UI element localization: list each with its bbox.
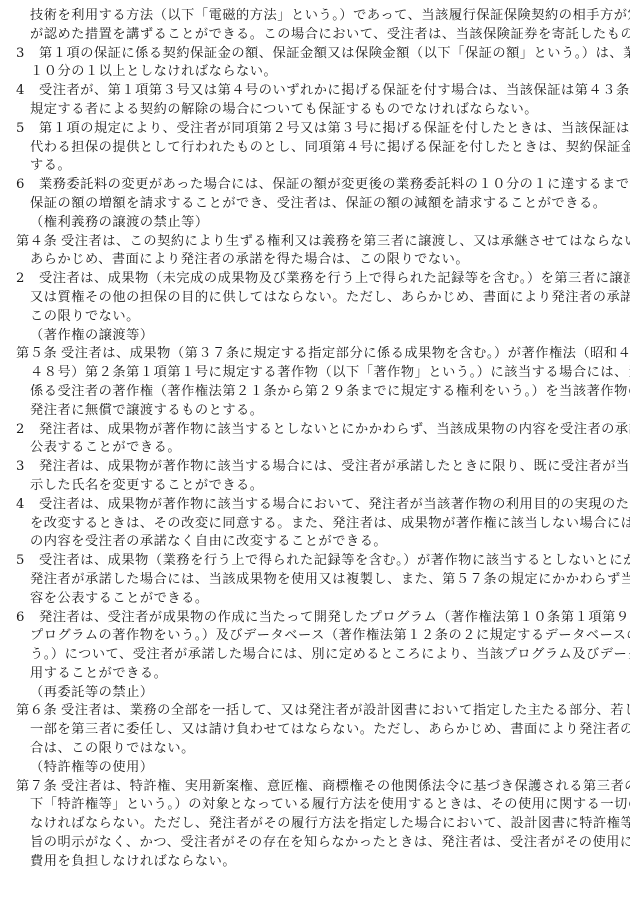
text-line: 一部を第三者に委任し、又は請け負わせてはならない。ただし、あらかじめ、書面により… — [0, 721, 630, 740]
text-line: 公表することができる。 — [0, 439, 630, 458]
article-number: 第６条 — [16, 702, 61, 721]
text-line: 規定する者による契約の解除の場合についても保証するものでなければならない。 — [0, 101, 630, 120]
item-text: 受注者が、第１項第３号又は第４号のいずれかに掲げる保証を付す場合は、当該保証は第… — [39, 83, 630, 98]
article-number: 第４条 — [16, 233, 61, 252]
article-heading: （権利義務の譲渡の禁止等） — [0, 214, 630, 233]
text-line: が認めた措置を講ずることができる。この場合において、受注者は、当該保険証券を寄託… — [0, 26, 630, 45]
text-line: 発注者に無償で譲渡するものとする。 — [0, 402, 630, 421]
item-number: 5 — [16, 120, 39, 139]
article: 第４条受注者は、この契約により生ずる権利又は義務を第三者に譲渡し、又は承継させて… — [0, 233, 630, 252]
text-line: の内容を受注者の承諾なく自由に改変することができる。 — [0, 533, 630, 552]
text-line: なければならない。ただし、発注者がその履行方法を指定した場合において、設計図書に… — [0, 815, 630, 834]
item-number: 3 — [16, 458, 39, 477]
item-text: 第１項の保証に係る契約保証金の額、保証金額又は保険金額（以下「保証の額」という。… — [39, 46, 630, 61]
paragraph-item: 4受注者が、第１項第３号又は第４号のいずれかに掲げる保証を付す場合は、当該保証は… — [0, 82, 630, 101]
text-line: １０分の１以上としなければならない。 — [0, 63, 630, 82]
text-line: 発注者が承諾した場合には、当該成果物を使用又は複製し、また、第５７条の規定にかか… — [0, 571, 630, 590]
text-line: 示した氏名を変更することができる。 — [0, 477, 630, 496]
text-line: う。）について、受注者が承諾した場合には、別に定めるところにより、当該プログラム… — [0, 646, 630, 665]
item-number: 4 — [16, 496, 39, 515]
item-number: 2 — [16, 421, 39, 440]
text-line: する。 — [0, 157, 630, 176]
text-line: 容を公表することができる。 — [0, 590, 630, 609]
text-line: 代わる担保の提供として行われたものとし、同項第４号に掲げる保証を付したときは、契… — [0, 139, 630, 158]
article-number: 第７条 — [16, 778, 61, 797]
item-number: 3 — [16, 45, 39, 64]
item-number: 5 — [16, 552, 39, 571]
text-line: プログラムの著作物をいう。）及びデータベース（著作権法第１２条の２に規定するデー… — [0, 627, 630, 646]
text-line: 用することができる。 — [0, 665, 630, 684]
text-line: 係る受注者の著作権（著作権法第２１条から第２９条までに規定する権利をいう。）を当… — [0, 383, 630, 402]
text-line: 費用を負担しなければならない。 — [0, 853, 630, 872]
paragraph-item: 6発注者は、受注者が成果物の作成に当たって開発したプログラム（著作権法第１０条第… — [0, 609, 630, 628]
paragraph-item: 4受注者は、成果物が著作物に該当する場合において、発注者が当該著作物の利用目的の… — [0, 496, 630, 515]
paragraph-item: 6業務委託料の変更があった場合には、保証の額が変更後の業務委託料の１０分の１に達… — [0, 176, 630, 195]
text-line: この限りでない。 — [0, 308, 630, 327]
item-text: 受注者は、成果物（未完成の成果物及び業務を行う上で得られた記録等を含む。）を第三… — [39, 271, 630, 286]
item-number: 6 — [16, 176, 39, 195]
article: 第６条受注者は、業務の全部を一括して、又は発注者が設計図書において指定した主たる… — [0, 702, 630, 721]
paragraph-item: 5第１項の規定により、受注者が同項第２号又は第３号に掲げる保証を付したときは、当… — [0, 120, 630, 139]
text-line: 合は、この限りではない。 — [0, 740, 630, 759]
article-text: 受注者は、この契約により生ずる権利又は義務を第三者に譲渡し、又は承継させてはなら… — [61, 234, 630, 249]
article-text: 受注者は、特許権、実用新案権、意匠権、商標権その他関係法令に基づき保護される第三… — [61, 779, 630, 794]
article-heading: （再委託等の禁止） — [0, 684, 630, 703]
paragraph-item: 5受注者は、成果物（業務を行う上で得られた記録等を含む。）が著作物に該当するとし… — [0, 552, 630, 571]
text-line: あらかじめ、書面により発注者の承諾を得た場合は、この限りでない。 — [0, 251, 630, 270]
article: 第５条受注者は、成果物（第３７条に規定する指定部分に係る成果物を含む。）が著作権… — [0, 345, 630, 364]
paragraph-item: 2受注者は、成果物（未完成の成果物及び業務を行う上で得られた記録等を含む。）を第… — [0, 270, 630, 289]
text-line: 旨の明示がなく、かつ、受注者がその存在を知らなかったときは、発注者は、受注者がそ… — [0, 834, 630, 853]
item-text: 業務委託料の変更があった場合には、保証の額が変更後の業務委託料の１０分の１に達す… — [39, 177, 630, 192]
article-number: 第５条 — [16, 345, 61, 364]
text-line: を改変するときは、その改変に同意する。また、発注者は、成果物が著作権に該当しない… — [0, 515, 630, 534]
article-text: 受注者は、成果物（第３７条に規定する指定部分に係る成果物を含む。）が著作権法（昭… — [61, 346, 630, 361]
paragraph-item: 3第１項の保証に係る契約保証金の額、保証金額又は保険金額（以下「保証の額」という… — [0, 45, 630, 64]
item-number: 6 — [16, 609, 39, 628]
text-line: ４８号）第２条第１項第１号に規定する著作物（以下「著作物」という。）に該当する場… — [0, 364, 630, 383]
item-text: 発注者は、成果物が著作物に該当する場合には、受注者が承諾したときに限り、既に受注… — [39, 459, 630, 474]
text-line: 又は質権その他の担保の目的に供してはならない。ただし、あらかじめ、書面により発注… — [0, 289, 630, 308]
item-text: 受注者は、成果物が著作物に該当する場合において、発注者が当該著作物の利用目的の実… — [39, 497, 630, 512]
paragraph-item: 2発注者は、成果物が著作物に該当するとしないとにかかわらず、当該成果物の内容を受… — [0, 421, 630, 440]
item-text: 受注者は、成果物（業務を行う上で得られた記録等を含む。）が著作物に該当するとしな… — [39, 553, 630, 568]
text-line: 下「特許権等」という。）の対象となっている履行方法を使用するときは、その使用に関… — [0, 796, 630, 815]
document-page: 技術を利用する方法（以下「電磁的方法」という。）であって、当該履行保証保険契約の… — [0, 7, 630, 872]
item-number: 2 — [16, 270, 39, 289]
item-text: 発注者は、受注者が成果物の作成に当たって開発したプログラム（著作権法第１０条第１… — [39, 610, 630, 625]
article: 第７条受注者は、特許権、実用新案権、意匠権、商標権その他関係法令に基づき保護され… — [0, 778, 630, 797]
article-text: 受注者は、業務の全部を一括して、又は発注者が設計図書において指定した主たる部分、… — [61, 703, 630, 718]
text-line: 技術を利用する方法（以下「電磁的方法」という。）であって、当該履行保証保険契約の… — [0, 7, 630, 26]
item-text: 発注者は、成果物が著作物に該当するとしないとにかかわらず、当該成果物の内容を受注… — [39, 422, 630, 437]
item-text: 第１項の規定により、受注者が同項第２号又は第３号に掲げる保証を付したときは、当該… — [39, 121, 630, 136]
article-heading: （特許権等の使用） — [0, 759, 630, 778]
item-number: 4 — [16, 82, 39, 101]
text-line: 保証の額の増額を請求することができ、受注者は、保証の額の減額を請求することができ… — [0, 195, 630, 214]
article-heading: （著作権の譲渡等） — [0, 327, 630, 346]
paragraph-item: 3発注者は、成果物が著作物に該当する場合には、受注者が承諾したときに限り、既に受… — [0, 458, 630, 477]
